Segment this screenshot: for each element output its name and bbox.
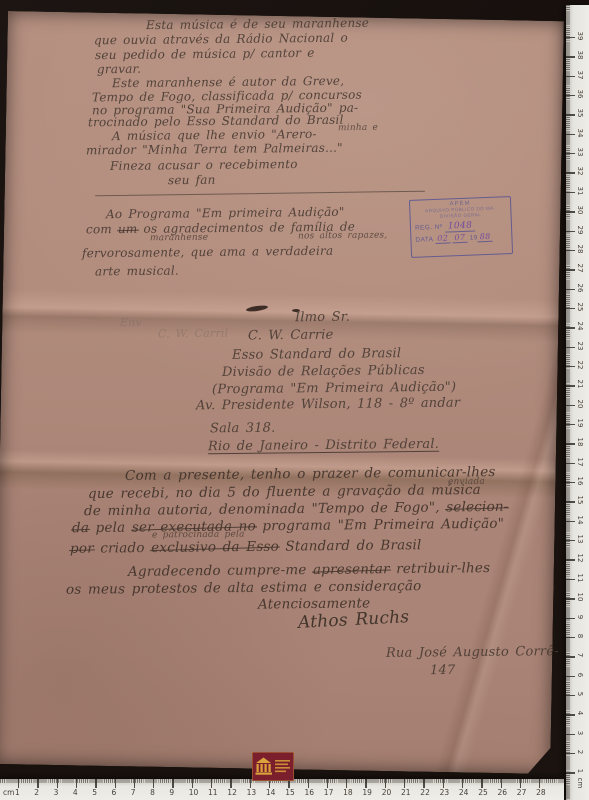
ruler-label: 6 bbox=[112, 788, 117, 797]
ruler-label: cm bbox=[3, 788, 14, 797]
ruler-label: 27 bbox=[517, 788, 527, 797]
ruler-label: 9 bbox=[169, 788, 174, 797]
ruler-tick bbox=[566, 598, 575, 599]
ruler-label: 19 bbox=[576, 417, 584, 429]
ruler-label: 35 bbox=[576, 107, 584, 119]
ruler-tick bbox=[566, 153, 575, 154]
ruler-tick bbox=[501, 779, 502, 788]
ruler-tick bbox=[37, 779, 38, 788]
archive-stamp: APEM ARQUIVO PÚBLICO DO MA. DIVISÃO GERA… bbox=[409, 196, 513, 258]
stamp-date-row: DATA 02 07 1988 bbox=[415, 231, 507, 244]
stamp-date-month: 07 bbox=[452, 233, 467, 244]
ruler-tick bbox=[566, 37, 575, 38]
ruler-label: 17 bbox=[324, 788, 334, 797]
ruler-label: 33 bbox=[576, 146, 584, 158]
ruler-tick bbox=[462, 779, 463, 788]
ruler-tick bbox=[566, 405, 575, 406]
ruler-label: 3 bbox=[54, 788, 59, 797]
paper-sheet bbox=[0, 11, 564, 774]
ruler-tick bbox=[95, 779, 96, 788]
ruler-label: 26 bbox=[576, 282, 584, 294]
ruler-label: 38 bbox=[576, 49, 584, 61]
ruler-label: 27 bbox=[576, 262, 584, 274]
ruler-tick bbox=[57, 779, 58, 788]
ruler-label: 37 bbox=[576, 69, 584, 81]
ruler-tick bbox=[566, 463, 575, 464]
ruler-tick bbox=[172, 779, 173, 788]
ruler-label: 14 bbox=[576, 514, 584, 526]
ruler-label: 23 bbox=[440, 788, 450, 797]
ruler-label: 9 bbox=[576, 611, 584, 623]
ruler-label: 11 bbox=[208, 788, 218, 797]
ruler-label: 13 bbox=[576, 533, 584, 545]
ruler-label: 5 bbox=[576, 688, 584, 700]
ruler-label: 30 bbox=[576, 204, 584, 216]
ruler-tick bbox=[566, 211, 575, 212]
ruler-label: 6 bbox=[576, 669, 584, 681]
ruler-tick bbox=[566, 231, 575, 232]
ruler-label: 8 bbox=[150, 788, 155, 797]
ruler-tick bbox=[308, 779, 309, 788]
archive-plaque-graphic bbox=[252, 752, 294, 781]
vertical-cm-ruler: 3938373635343332313029282726252423222120… bbox=[566, 5, 589, 800]
ruler-label: 15 bbox=[285, 788, 295, 797]
ruler-tick bbox=[566, 637, 575, 638]
ruler-label: 3 bbox=[576, 727, 584, 739]
ruler-label: 22 bbox=[420, 788, 430, 797]
horizontal-cm-ruler: cm12345678910111213141516171819202122232… bbox=[0, 779, 564, 800]
ruler-tick bbox=[520, 779, 521, 788]
ruler-tick bbox=[404, 779, 405, 788]
ruler-label: 23 bbox=[576, 340, 584, 352]
ruler-tick bbox=[18, 779, 19, 788]
scanned-document: Esta música é de seu maranhenseque ouvia… bbox=[0, 0, 589, 800]
ruler-tick bbox=[443, 779, 444, 788]
ruler-label: 8 bbox=[576, 630, 584, 642]
ruler-tick bbox=[566, 192, 575, 193]
ruler-label: 12 bbox=[576, 552, 584, 564]
ruler-tick bbox=[192, 779, 193, 788]
ruler-tick bbox=[566, 114, 575, 115]
ruler-tick bbox=[566, 443, 575, 444]
ruler-tick bbox=[153, 779, 154, 788]
ruler-tick bbox=[566, 250, 575, 251]
ruler-label: 32 bbox=[576, 165, 584, 177]
ruler-label: 28 bbox=[536, 788, 546, 797]
stamp-reg-row: REG. Nº 1048 bbox=[415, 219, 507, 233]
ruler-tick bbox=[566, 347, 575, 348]
ruler-label: 24 bbox=[576, 320, 584, 332]
ruler-tick bbox=[346, 779, 347, 788]
ruler-label: 39 bbox=[576, 30, 584, 42]
ruler-label: 29 bbox=[576, 224, 584, 236]
ruler-tick bbox=[481, 779, 482, 788]
ruler-tick bbox=[566, 772, 575, 773]
ruler-label: 7 bbox=[576, 649, 584, 661]
ruler-tick bbox=[566, 618, 575, 619]
ruler-label: 14 bbox=[266, 788, 276, 797]
ruler-tick bbox=[566, 656, 575, 657]
ruler-label: 4 bbox=[73, 788, 78, 797]
ruler-label: 25 bbox=[478, 788, 488, 797]
ruler-label: 2 bbox=[576, 746, 584, 758]
ruler-tick bbox=[423, 779, 424, 788]
ruler-label: 1 bbox=[15, 788, 20, 797]
ruler-tick bbox=[211, 779, 212, 788]
ruler-label: 21 bbox=[401, 788, 411, 797]
ruler-tick bbox=[566, 289, 575, 290]
archive-plaque bbox=[252, 752, 294, 781]
ruler-tick bbox=[566, 385, 575, 386]
ruler-tick bbox=[566, 172, 575, 173]
ruler-tick bbox=[250, 779, 251, 788]
stamp-reg-label: REG. Nº bbox=[415, 224, 443, 232]
ruler-tick bbox=[566, 714, 575, 715]
ruler-label: 12 bbox=[227, 788, 237, 797]
ruler-tick bbox=[566, 695, 575, 696]
ruler-label: 2 bbox=[34, 788, 39, 797]
ruler-tick bbox=[566, 327, 575, 328]
ruler-tick bbox=[327, 779, 328, 788]
ruler-label: 1 bbox=[576, 765, 584, 777]
ruler-label: 26 bbox=[498, 788, 508, 797]
stamp-date-day: 02 bbox=[435, 233, 450, 244]
ruler-tick bbox=[566, 482, 575, 483]
ruler-label: 15 bbox=[576, 494, 584, 506]
ruler-label: 34 bbox=[576, 127, 584, 139]
ruler-label: 5 bbox=[92, 788, 97, 797]
ruler-label: 18 bbox=[576, 436, 584, 448]
ruler-label: 21 bbox=[576, 378, 584, 390]
ruler-label: 16 bbox=[576, 475, 584, 487]
ruler-tick bbox=[566, 308, 575, 309]
ruler-label: 28 bbox=[576, 243, 584, 255]
ruler-label: 19 bbox=[362, 788, 372, 797]
ruler-label: 18 bbox=[343, 788, 353, 797]
ruler-label: 25 bbox=[576, 301, 584, 313]
ruler-tick bbox=[566, 95, 575, 96]
stamp-reg-value: 1048 bbox=[445, 220, 476, 232]
ruler-tick bbox=[566, 559, 575, 560]
ruler-tick bbox=[566, 76, 575, 77]
ruler-tick bbox=[115, 779, 116, 788]
ruler-label: 16 bbox=[305, 788, 315, 797]
ruler-tick bbox=[566, 676, 575, 677]
ruler-tick bbox=[566, 521, 575, 522]
ruler-tick bbox=[566, 56, 575, 57]
ruler-tick bbox=[566, 366, 575, 367]
ruler-tick bbox=[566, 501, 575, 502]
ruler-tick bbox=[365, 779, 366, 788]
ruler-label: cm bbox=[576, 777, 584, 789]
ruler-tick bbox=[566, 134, 575, 135]
ruler-tick bbox=[566, 269, 575, 270]
ruler-tick bbox=[566, 753, 575, 754]
ruler-tick bbox=[76, 779, 77, 788]
ruler-tick bbox=[385, 779, 386, 788]
stamp-date-label: DATA bbox=[415, 236, 433, 244]
ruler-tick bbox=[230, 779, 231, 788]
ruler-label: 10 bbox=[189, 788, 199, 797]
stamp-date-year: 88 bbox=[477, 232, 492, 243]
ruler-tick bbox=[539, 779, 540, 788]
ruler-tick bbox=[566, 734, 575, 735]
ruler-tick bbox=[566, 540, 575, 541]
ruler-tick bbox=[566, 424, 575, 425]
ruler-label: 36 bbox=[576, 88, 584, 100]
ruler-label: 24 bbox=[459, 788, 469, 797]
ruler-tick bbox=[566, 579, 575, 580]
ruler-label: 20 bbox=[576, 398, 584, 410]
ruler-label: 13 bbox=[247, 788, 257, 797]
ruler-label: 22 bbox=[576, 359, 584, 371]
ruler-label: 11 bbox=[576, 572, 584, 584]
ruler-label: 7 bbox=[131, 788, 136, 797]
ruler-tick bbox=[134, 779, 135, 788]
ruler-label: 20 bbox=[382, 788, 392, 797]
ruler-label: 31 bbox=[576, 185, 584, 197]
ruler-label: 4 bbox=[576, 707, 584, 719]
ruler-label: 17 bbox=[576, 456, 584, 468]
ink-smudge bbox=[292, 309, 300, 312]
ruler-label: 10 bbox=[576, 591, 584, 603]
